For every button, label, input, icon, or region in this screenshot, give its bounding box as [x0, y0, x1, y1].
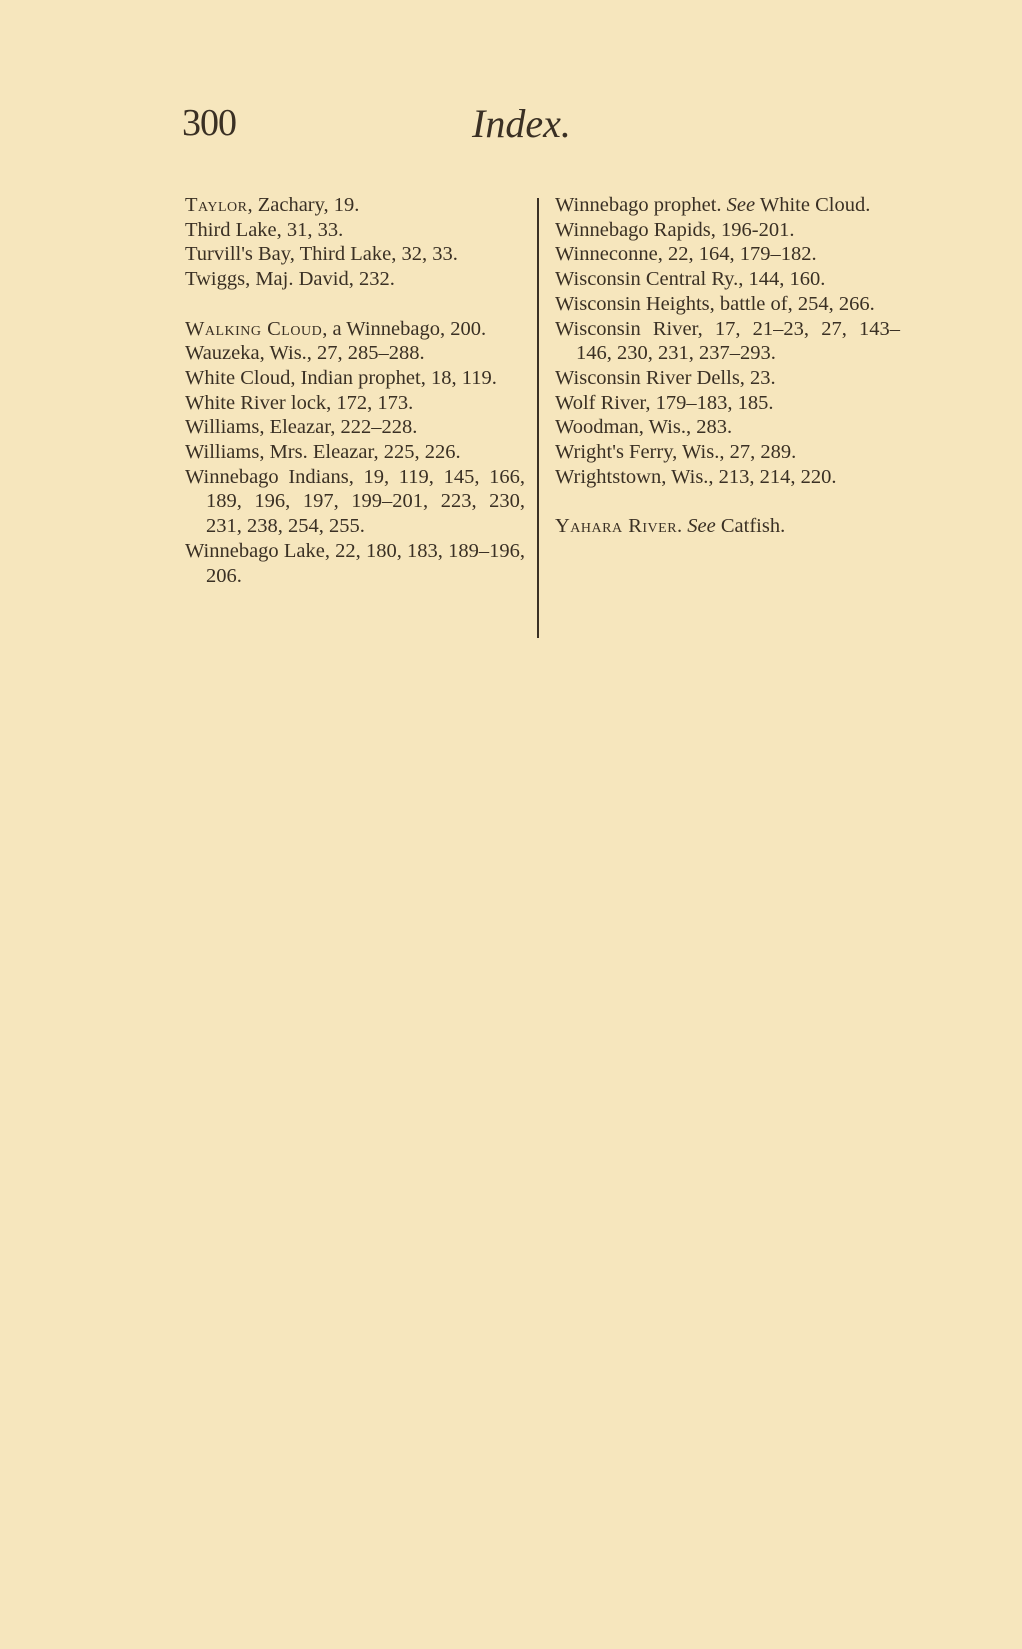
- entry-text: Catfish.: [716, 515, 785, 537]
- index-entry: Winneconne, 22, 164, 179–182.: [555, 242, 900, 267]
- entry-head: Walking Cloud: [185, 318, 322, 340]
- index-entry: Wolf River, 179–183, 185.: [555, 391, 900, 416]
- index-entry: Wisconsin River Dells, 23.: [555, 366, 900, 391]
- index-entry: Wisconsin Central Ry., 144, 160.: [555, 267, 900, 292]
- entry-text: , a Winnebago, 200.: [322, 318, 486, 340]
- index-entry: Wright's Ferry, Wis., 27, 289.: [555, 440, 900, 465]
- entry-text: , Zachary, 19.: [247, 194, 359, 216]
- index-entry: Twiggs, Maj. David, 232.: [185, 267, 525, 292]
- see-reference: See: [687, 515, 715, 537]
- index-entry: Walking Cloud, a Winnebago, 200.: [185, 317, 525, 342]
- index-entry: Winnebago Indians, 19, 119, 145, 166, 18…: [185, 465, 525, 539]
- column-divider: [537, 198, 539, 638]
- index-entry: Winnebago Lake, 22, 180, 183, 189–196, 2…: [185, 539, 525, 588]
- entry-text: Winnebago prophet.: [555, 194, 727, 216]
- index-entry: White Cloud, Indian prophet, 18, 119.: [185, 366, 525, 391]
- entry-text: .: [677, 515, 687, 537]
- entry-head: Yahara River: [555, 515, 677, 537]
- section-gap: [555, 489, 900, 514]
- index-entry: Williams, Mrs. Eleazar, 225, 226.: [185, 440, 525, 465]
- entry-head: Taylor: [185, 194, 247, 216]
- index-entry: Williams, Eleazar, 222–228.: [185, 415, 525, 440]
- index-entry: Woodman, Wis., 283.: [555, 415, 900, 440]
- index-entry: Winnebago Rapids, 196-201.: [555, 218, 900, 243]
- entry-text: White Cloud.: [755, 194, 870, 216]
- index-entry: Third Lake, 31, 33.: [185, 218, 525, 243]
- index-entry: Wauzeka, Wis., 27, 285–288.: [185, 341, 525, 366]
- index-entry: White River lock, 172, 173.: [185, 391, 525, 416]
- index-column-left: Taylor, Zachary, 19. Third Lake, 31, 33.…: [185, 193, 525, 588]
- index-entry: Taylor, Zachary, 19.: [185, 193, 525, 218]
- index-entry: Wrightstown, Wis., 213, 214, 220.: [555, 465, 900, 490]
- index-entry: Winnebago prophet. See White Cloud.: [555, 193, 900, 218]
- index-entry: Yahara River. See Catfish.: [555, 514, 900, 539]
- section-gap: [185, 292, 525, 317]
- see-reference: See: [727, 194, 755, 216]
- index-column-right: Winnebago prophet. See White Cloud. Winn…: [555, 193, 900, 539]
- index-entry: Turvill's Bay, Third Lake, 32, 33.: [185, 242, 525, 267]
- page-number: 300: [182, 104, 236, 142]
- running-head: Index.: [472, 104, 571, 144]
- index-entry: Wisconsin Heights, battle of, 254, 266.: [555, 292, 900, 317]
- index-entry: Wisconsin River, 17, 21–23, 27, 143–146,…: [555, 317, 900, 366]
